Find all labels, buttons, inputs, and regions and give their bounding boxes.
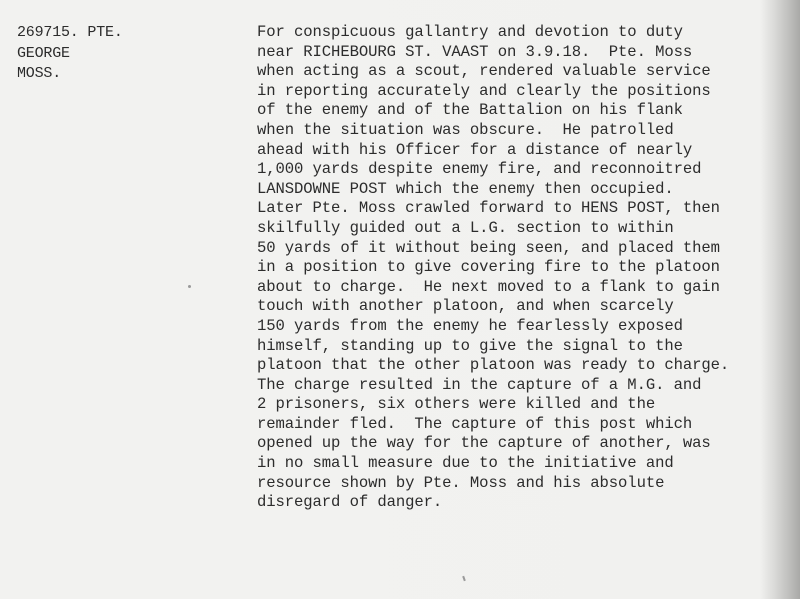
paper-mark [462, 576, 466, 581]
citation-line: 50 yards of it without being seen, and p… [257, 239, 729, 259]
service-number-rank: 269715. PTE. [17, 23, 123, 44]
citation-line: Later Pte. Moss crawled forward to HENS … [257, 199, 729, 219]
recipient-block: 269715. PTE. GEORGE MOSS. [17, 23, 123, 85]
citation-line: near RICHEBOURG ST. VAAST on 3.9.18. Pte… [257, 43, 729, 63]
citation-line: disregard of danger. [257, 493, 729, 513]
citation-line: touch with another platoon, and when sca… [257, 297, 729, 317]
citation-line: skilfully guided out a L.G. section to w… [257, 219, 729, 239]
citation-line: opened up the way for the capture of ano… [257, 434, 729, 454]
citation-line: himself, standing up to give the signal … [257, 337, 729, 357]
citation-line: in reporting accurately and clearly the … [257, 82, 729, 102]
paper-speck [188, 285, 191, 288]
citation-line: in a position to give covering fire to t… [257, 258, 729, 278]
citation-line: LANSDOWNE POST which the enemy then occu… [257, 180, 729, 200]
citation-text: For conspicuous gallantry and devotion t… [257, 23, 729, 513]
citation-line: 150 yards from the enemy he fearlessly e… [257, 317, 729, 337]
citation-line: 1,000 yards despite enemy fire, and reco… [257, 160, 729, 180]
citation-line: in no small measure due to the initiativ… [257, 454, 729, 474]
surname: MOSS. [17, 64, 123, 85]
citation-line: about to charge. He next moved to a flan… [257, 278, 729, 298]
citation-line: platoon that the other platoon was ready… [257, 356, 729, 376]
citation-line: ahead with his Officer for a distance of… [257, 141, 729, 161]
citation-line: remainder fled. The capture of this post… [257, 415, 729, 435]
citation-line: 2 prisoners, six others were killed and … [257, 395, 729, 415]
typed-document-page: 269715. PTE. GEORGE MOSS. For conspicuou… [0, 0, 800, 599]
citation-line: resource shown by Pte. Moss and his abso… [257, 474, 729, 494]
citation-line: The charge resulted in the capture of a … [257, 376, 729, 396]
citation-line: For conspicuous gallantry and devotion t… [257, 23, 729, 43]
citation-line: of the enemy and of the Battalion on his… [257, 101, 729, 121]
citation-line: when the situation was obscure. He patro… [257, 121, 729, 141]
citation-line: when acting as a scout, rendered valuabl… [257, 62, 729, 82]
first-name: GEORGE [17, 44, 123, 65]
